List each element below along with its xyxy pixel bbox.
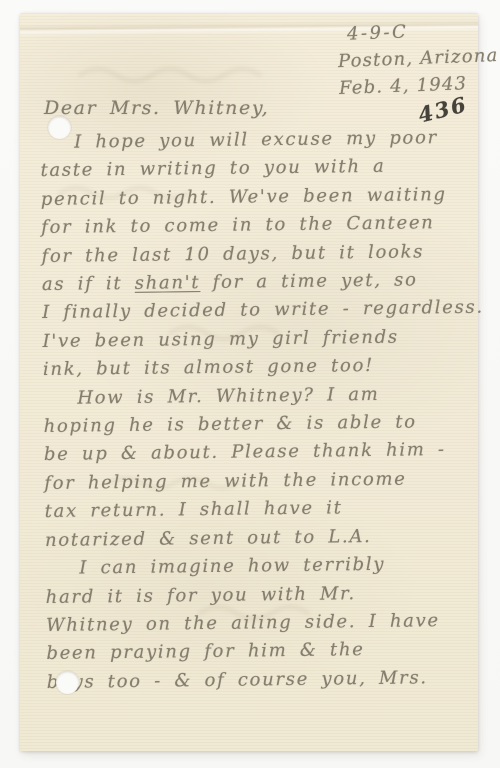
letter-header: 4-9-C Poston, Arizona Feb. 4, 1943 xyxy=(337,15,500,102)
punch-hole-bottom xyxy=(56,671,79,694)
body-line: I finally decided to write - regardless. xyxy=(42,294,470,328)
salutation: Dear Mrs. Whitney, xyxy=(44,97,269,119)
body-line: Whitney on the ailing side. I have xyxy=(46,607,474,641)
body-line: be up & about. Please thank him - xyxy=(44,436,472,470)
body-line-segment: for a time yet, so xyxy=(200,269,418,293)
body-line-segment: as if it xyxy=(42,273,135,295)
letter-body: I hope you will excuse my poor taste in … xyxy=(40,124,475,697)
scan-background: 4-9-C Poston, Arizona Feb. 4, 1943 436 D… xyxy=(0,0,500,768)
underlined-word: shan't xyxy=(135,272,201,294)
body-line: boys too - & of course you, Mrs. xyxy=(47,663,475,697)
punch-hole-top xyxy=(48,116,71,139)
letter-paper: 4-9-C Poston, Arizona Feb. 4, 1943 436 D… xyxy=(20,13,478,751)
body-line: I hope you will excuse my poor xyxy=(40,124,468,158)
